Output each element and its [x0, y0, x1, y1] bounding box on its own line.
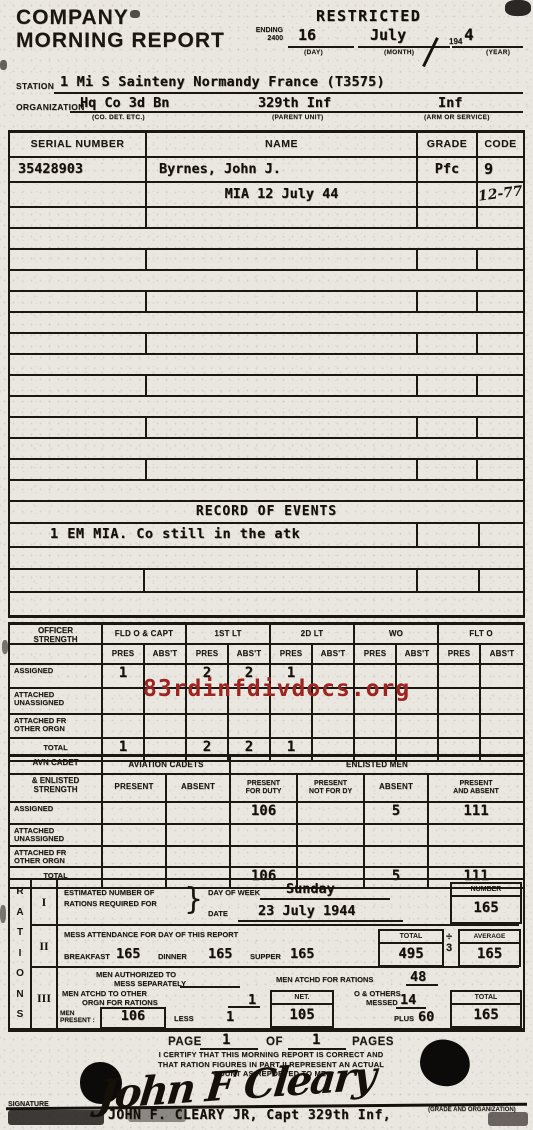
- rations-row-2: MESS ATTENDANCE FOR DAY OF THIS REPORT B…: [58, 926, 519, 968]
- atchd-other-underline: [228, 1006, 260, 1008]
- rations-numeral-3: III: [32, 968, 58, 1028]
- roster-blank-row: [10, 481, 523, 500]
- rations-total-box: TOTAL 165: [450, 990, 522, 1028]
- org-parent-sublabel: (PARENT UNIT): [272, 114, 323, 121]
- day-of-week-underline: [260, 898, 390, 900]
- station-underline: [54, 92, 523, 94]
- enlisted-cell: 106: [231, 803, 298, 823]
- grade-org-label: (GRADE AND ORGANIZATION): [428, 1107, 516, 1113]
- organization-unit-value: Hq Co 3d Bn: [80, 95, 169, 111]
- officer-attached-other-row: ATTACHED FR OTHER ORGN: [10, 715, 523, 739]
- roster-grade-value: Pfc: [418, 158, 478, 181]
- abst-header: ABS'T: [145, 645, 187, 663]
- date-year-printed: 194: [449, 37, 462, 46]
- rations-row-3: MEN AUTHORIZED TO MESS SEPARATELY MEN AT…: [58, 968, 519, 1028]
- org-unit-sublabel: (CO. DET. ETC.): [92, 114, 145, 121]
- mess-attendance-heading: MESS ATTENDANCE FOR DAY OF THIS REPORT: [64, 930, 238, 939]
- record-blank-row: [10, 570, 523, 593]
- atchd-for-rations-underline: [406, 984, 438, 986]
- roster-blank-row: [10, 313, 523, 334]
- roster-blank-row: [10, 397, 523, 418]
- estimated-rations-label: ESTIMATED NUMBER OF: [64, 888, 154, 897]
- roster-table: SERIAL NUMBER NAME GRADE CODE 35428903 B…: [8, 130, 525, 502]
- avn-absent-header: ABSENT: [167, 775, 231, 801]
- officer-subheader-row: PRES ABS'T PRES ABS'T PRES ABS'T PRES AB…: [10, 645, 523, 665]
- roster-serial-value: [10, 183, 147, 206]
- year-sublabel: (YEAR): [486, 49, 510, 56]
- date-label: DATE: [208, 909, 228, 918]
- pres-header: PRES: [439, 645, 481, 663]
- officer-cell: [481, 665, 523, 687]
- org-arm-sublabel: (ARM OR SERVICE): [424, 114, 490, 121]
- average-box: AVERAGE 165: [458, 929, 521, 967]
- hole-punch: [415, 1034, 475, 1091]
- roster-header-row: SERIAL NUMBER NAME GRADE CODE: [10, 133, 523, 158]
- watermark: 83rdinfdivdocs.org: [143, 676, 410, 702]
- date-value: 23 July 1944: [258, 903, 356, 919]
- pres-header: PRES: [187, 645, 229, 663]
- dinner-label: DINNER: [158, 952, 187, 961]
- station-value: 1 Mi S Sainteny Normandy France (T3575): [60, 74, 385, 90]
- roster-header-serial: SERIAL NUMBER: [10, 133, 147, 156]
- supper-value: 165: [290, 946, 314, 962]
- row-label: ASSIGNED: [10, 803, 103, 823]
- title-line2: MORNING REPORT: [16, 29, 225, 52]
- rations-numeral-1: I: [32, 880, 58, 926]
- officer-strength-corner: OFFICER STRENGTH: [10, 625, 103, 643]
- number-box: NUMBER 165: [450, 882, 522, 924]
- date-year-typed: 4: [464, 25, 474, 44]
- men-present-box: 106: [100, 1007, 166, 1029]
- abst-header: ABS'T: [229, 645, 271, 663]
- enlisted-cell: [167, 803, 231, 823]
- page-number: 1: [222, 1032, 230, 1048]
- breakfast-label: BREAKFAST: [64, 952, 110, 961]
- day-of-week-value: Sunday: [286, 881, 335, 897]
- roster-blank-row: [10, 250, 523, 271]
- scan-artifact: [0, 60, 7, 70]
- roster-blank-row: [10, 376, 523, 397]
- typed-signature-name: JOHN F. CLEARY JR, Capt 329th Inf,: [108, 1108, 391, 1123]
- supper-label: SUPPER: [250, 952, 281, 961]
- roster-header-name: NAME: [147, 133, 418, 156]
- year-underline: [452, 46, 523, 48]
- title-line1: COMPANY: [16, 6, 225, 29]
- mess-total-box: TOTAL 495: [378, 929, 444, 967]
- less-value: 1: [226, 1009, 234, 1025]
- enlisted-strength-table: AVN CADET AVIATION CADETS ENLISTED MEN &…: [8, 754, 525, 889]
- scan-artifact: [0, 905, 6, 923]
- page-label: PAGE: [168, 1036, 202, 1048]
- breakfast-value: 165: [116, 946, 140, 962]
- roster-blank-row: [10, 355, 523, 376]
- roster-blank-row: [10, 334, 523, 355]
- abst-header: ABS'T: [397, 645, 439, 663]
- less-label: LESS: [174, 1014, 194, 1023]
- enlisted-subheader-row: & ENLISTED STRENGTH PRESENT ABSENT PRESE…: [10, 775, 523, 803]
- officer-group-2d-lt: 2D LT: [271, 625, 355, 643]
- organization-underline: [70, 111, 523, 113]
- pages-number: 1: [312, 1032, 320, 1048]
- others-messed-value: 14: [400, 992, 416, 1008]
- enlisted-cell: [298, 803, 365, 823]
- roster-blank-row: [10, 418, 523, 439]
- officer-group-wo: WO: [355, 625, 439, 643]
- net-box: NET. 105: [270, 990, 334, 1028]
- officer-cell: [439, 665, 481, 687]
- page-title: COMPANY MORNING REPORT: [16, 6, 225, 52]
- day-sublabel: (DAY): [304, 49, 323, 56]
- roster-blank-row: [10, 292, 523, 313]
- roster-grade-value: [418, 183, 478, 206]
- handwritten-slash-mark: [422, 37, 438, 67]
- officer-group-1st-lt: 1ST LT: [187, 625, 271, 643]
- dinner-value: 165: [208, 946, 232, 962]
- pres-header: PRES: [271, 645, 313, 663]
- roster-row: 35428903 Byrnes, John J. Pfc 9: [10, 158, 523, 183]
- organization-parent-value: 329th Inf: [258, 95, 331, 111]
- rations-numeral-2: II: [32, 926, 58, 968]
- row-label: ASSIGNED: [10, 665, 103, 687]
- ending-label: ENDING 2400: [241, 27, 283, 43]
- atchd-for-rations-label: MEN ATCHD FOR RATIONS: [276, 975, 373, 984]
- enlisted-cell: 5: [365, 803, 429, 823]
- enlisted-men-group: ENLISTED MEN: [231, 757, 523, 773]
- rations-section: R A T I O N S I ESTIMATED NUMBER OF RATI…: [8, 878, 525, 1032]
- enlisted-cell: [103, 803, 167, 823]
- roster-blank-row: [10, 208, 523, 229]
- rations-vertical-label: R A T I O N S: [10, 880, 32, 1028]
- date-day-value: 16: [298, 26, 316, 44]
- atchd-for-rations-value: 48: [410, 969, 426, 985]
- atchd-other-label: MEN ATCHD TO OTHER: [62, 989, 147, 998]
- roster-blank-row: [10, 460, 523, 481]
- roster-code-value: 9: [478, 158, 523, 181]
- row-label: ATTACHED UNASSIGNED: [10, 825, 103, 845]
- roster-name-value: Byrnes, John J.: [147, 158, 418, 181]
- pages-label: PAGES: [352, 1036, 394, 1048]
- record-of-events-section: RECORD OF EVENTS 1 EM MIA. Co still in t…: [8, 502, 525, 618]
- roster-serial-value: 35428903: [10, 158, 147, 181]
- enlisted-assigned-row: ASSIGNED 106 5 111: [10, 803, 523, 825]
- ink-smudge: [8, 1110, 104, 1125]
- aviation-cadets-group: AVIATION CADETS: [103, 757, 231, 773]
- present-not-for-duty-header: PRESENTNOT FOR DY: [298, 775, 365, 801]
- mess-separately-label: MEN AUTHORIZED TO: [96, 970, 176, 979]
- station-label: STATION: [16, 81, 54, 91]
- roster-blank-row: [10, 439, 523, 460]
- officer-group-flt-o: FLT O: [439, 625, 523, 643]
- pres-header: PRES: [355, 645, 397, 663]
- roster-row: MIA 12 July 44 12-77: [10, 183, 523, 208]
- enlisted-group-header-row: AVN CADET AVIATION CADETS ENLISTED MEN: [10, 757, 523, 775]
- record-of-events-title: RECORD OF EVENTS: [10, 502, 523, 524]
- record-blank-row: [10, 593, 523, 615]
- divide-by-three: ÷ 3: [446, 932, 452, 954]
- ink-smudge: [488, 1112, 528, 1126]
- month-underline: [358, 46, 450, 48]
- present-for-duty-header: PRESENTFOR DUTY: [231, 775, 298, 801]
- officer-cell: 1: [103, 665, 145, 687]
- row-label: ATTACHED UNASSIGNED: [10, 689, 103, 713]
- enlisted-attached-other-row: ATTACHED FR OTHER ORGN: [10, 847, 523, 868]
- morning-report-document: COMPANY MORNING REPORT RESTRICTED ENDING…: [0, 0, 533, 1130]
- row-label: ATTACHED FR OTHER ORGN: [10, 847, 103, 866]
- abst-header: ABS'T: [481, 645, 523, 663]
- enlisted-strength-corner2: & ENLISTED STRENGTH: [10, 775, 103, 801]
- officer-group-fldo-capt: FLD O & CAPT: [103, 625, 187, 643]
- record-blank-row: [10, 548, 523, 570]
- em-absent-header: ABSENT: [365, 775, 429, 801]
- enlisted-strength-corner: AVN CADET: [10, 757, 103, 773]
- roster-name-value: MIA 12 July 44: [147, 183, 418, 206]
- date-underline: [238, 920, 403, 922]
- abst-header: ABS'T: [313, 645, 355, 663]
- of-label: OF: [266, 1036, 283, 1048]
- organization-arm-value: Inf: [438, 95, 462, 111]
- enlisted-attached-unassigned-row: ATTACHED UNASSIGNED: [10, 825, 523, 847]
- month-sublabel: (MONTH): [384, 49, 414, 56]
- day-of-week-label: DAY OF WEEK: [208, 888, 260, 897]
- scan-artifact: [505, 0, 531, 16]
- scan-artifact: [130, 10, 140, 18]
- record-of-events-entry: 1 EM MIA. Co still in the atk: [10, 524, 418, 546]
- mess-separately-underline: [180, 986, 240, 988]
- rations-row-1: ESTIMATED NUMBER OF RATIONS REQUIRED FOR…: [58, 880, 519, 926]
- plus-label: PLUS: [394, 1014, 414, 1023]
- roster-header-grade: GRADE: [418, 133, 478, 156]
- day-underline: [288, 46, 354, 48]
- roster-blank-row: [10, 271, 523, 292]
- roster-blank-row: [10, 229, 523, 250]
- roster-header-code: CODE: [478, 133, 523, 156]
- roster-code-value: 12-77: [478, 183, 523, 206]
- date-month-value: July: [370, 26, 406, 44]
- men-present-label: MEN PRESENT :: [60, 1010, 95, 1024]
- scan-artifact: [2, 640, 8, 654]
- brace-glyph: }: [184, 882, 203, 917]
- record-of-events-entry-row: 1 EM MIA. Co still in the atk: [10, 524, 523, 548]
- present-and-absent-header: PRESENTAND ABSENT: [429, 775, 523, 801]
- officer-group-header-row: OFFICER STRENGTH FLD O & CAPT 1ST LT 2D …: [10, 625, 523, 645]
- others-messed-label: O & OTHERS: [354, 989, 401, 998]
- classification-stamp: RESTRICTED: [316, 7, 421, 25]
- pres-header: PRES: [103, 645, 145, 663]
- avn-present-header: PRESENT: [103, 775, 167, 801]
- plus-value: 60: [418, 1009, 434, 1025]
- enlisted-cell: 111: [429, 803, 523, 823]
- row-label: ATTACHED FR OTHER ORGN: [10, 715, 103, 737]
